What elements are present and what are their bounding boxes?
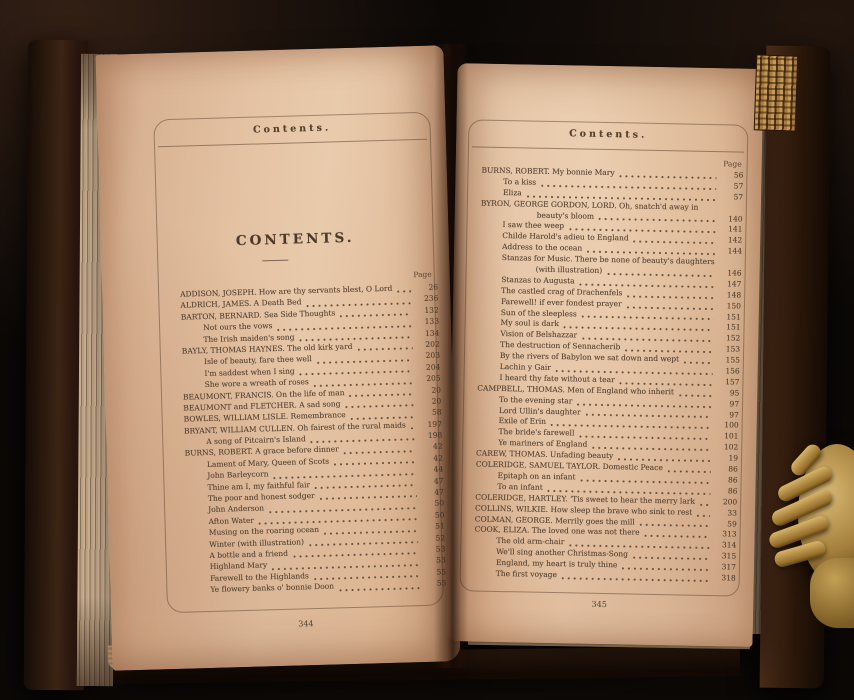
toc-entry-page-number: 19 [714,453,738,462]
dot-leader [697,514,710,516]
toc-entry-page-number: 144 [718,246,742,255]
toc-entry-title: Musing on the roaring ocean [209,525,319,537]
toc-entry-title: I'm saddest when I sing [204,366,294,378]
toc-entry-page-number: 156 [716,366,740,375]
toc-entry-title: (with illustration) [536,265,603,275]
left-folio: 344 [167,615,444,632]
gilt-pattern-board-edge [754,54,799,131]
toc-entry-title: Winter (with illustration) [209,537,304,549]
toc-entry-title: To a kiss [503,177,536,187]
toc-entry-title: The bride's farewell [498,427,574,437]
toc-entry-title: Childe Harold's adieu to England [502,231,629,242]
toc-entry-title: Lachin y Gair [500,362,551,372]
toc-entry-title: beauty's bloom [537,210,595,220]
dot-leader [668,470,711,473]
toc-entry-title: The Irish maiden's song [203,332,294,344]
toc-entry-title: Sun of the sleepless [501,308,577,318]
toc-entry-title: Exile of Erin [499,416,546,426]
toc-entry-title: The destruction of Sennacherib [500,340,620,351]
toc-entry-page-number: 86 [713,486,737,495]
toc-entry-page-number: 153 [716,344,740,353]
toc-entry-title: Highland Mary [210,561,268,572]
toc-entry-title: Lord Ullin's daughter [499,406,581,417]
toc-entry-page-number: 140 [719,214,743,223]
right-folio: 345 [459,597,739,611]
right-page: Contents. Page BURNS, ROBERT. My bonnie … [446,63,763,647]
dot-leader [620,382,713,386]
toc-entry-title: I heard thy fate without a tear [499,373,614,384]
dot-leader [625,350,713,354]
dot-leader [684,362,713,365]
dot-leader [350,393,415,397]
toc-entry-page-number: 150 [717,301,741,310]
toc-entry-title: CAREW, THOMAS. Unfading beauty [476,449,613,461]
toc-entry-page-number: 146 [718,268,742,277]
toc-entry-page-number: 57 [719,192,743,201]
toc-entry-page-number: 151 [716,323,740,332]
toc-entry-page-number: 157 [715,377,739,386]
toc-entry-title: Stanzas to Augusta [501,275,574,285]
dot-leader [411,427,415,429]
toc-entry-page-number: 152 [716,333,740,342]
toc-entry-page-number: 59 [713,519,737,528]
left-page: Contents. CONTENTS. Page ADDISON, JOSEPH… [95,45,460,670]
toc-entry-page-number: 142 [718,235,742,244]
toc-entry-page-number: 33 [713,508,737,517]
toc-entry-title: My soul is dark [501,318,559,328]
toc-entry-page-number: 86 [714,475,738,484]
toc-entry-page-number: 148 [717,290,741,299]
book-gutter-shadow [434,44,468,668]
toc-entry-page-number: 100 [715,421,739,430]
dot-leader [700,503,710,505]
toc-entry-page-number: 141 [718,225,742,234]
dot-leader [618,458,711,462]
brass-hand-sculpture [780,418,854,618]
toc-entry-title: A bottle and a friend [209,549,288,560]
toc-entry-title: John Anderson [208,504,264,515]
toc-entry-title: The castled crag of Drachenfels [501,286,622,297]
dot-leader [627,306,714,310]
dot-leader [562,577,709,582]
toc-entry-title: Eliza [503,188,522,197]
toc-entry-page-number: 317 [712,562,736,571]
toc-entry-title: A song of Pitcairn's Island [206,434,306,446]
toc-entry-title: Not ours the vows [203,321,273,332]
dot-leader [627,295,714,299]
toc-entry-title: The old arm-chair [496,536,564,546]
toc-entry-page-number: 318 [712,573,736,582]
dot-leader [634,241,716,245]
toc-entry-title: ALDRICH, JAMES. A Death Bed [180,298,301,310]
toc-entry-title: Farewell to the Highlands [210,571,309,583]
toc-entry-page-number: 313 [712,529,736,538]
toc-entry-page-number: 314 [712,540,736,549]
toc-entry-title: John Barleycorn [207,470,269,481]
dot-leader [679,394,712,397]
toc-entry-title: She wore a wreath of roses [205,377,309,389]
toc-entry-page-number: 147 [717,279,741,288]
toc-entry-page-number: 97 [715,410,739,419]
toc-entry-page-number: 200 [713,497,737,506]
dot-leader [358,348,413,352]
toc-entry-page-number: 95 [715,388,739,397]
dot-leader [622,567,709,571]
toc-entry-title: COLMAN, GEORGE. Merrily goes the mill [475,514,635,526]
toc-entry-title: I saw thee weep [502,220,564,230]
dot-leader [351,416,415,420]
dot-leader [640,524,710,527]
toc-entry-title: The poor and honest sodger [208,491,315,503]
toc-entry-title: Afton Water [208,516,254,526]
left-toc-entries: ADDISON, JOSEPH. How are thy servants bl… [180,283,446,598]
toc-entry-title: Thine am I, my faithful fair [207,480,310,492]
toc-entry-page-number: 101 [714,431,738,440]
toc-entry-page-number: 102 [714,442,738,451]
toc-entry-title: England, my heart is truly thine [496,558,618,569]
toc-entry-page-number: 155 [716,355,740,364]
dot-leader [339,587,419,591]
brass-hand-wrist [810,558,854,628]
toc-entry-page-number: 86 [714,464,738,473]
dot-leader [620,175,717,179]
toc-entry-title: We'll sing another Christmas-Song [496,547,628,559]
toc-entry-title: Isle of beauty, fare thee well [204,354,312,366]
toc-entry-page-number: 151 [717,312,741,321]
toc-entry-title: The first voyage [496,569,557,579]
toc-entry-page-number: 56 [719,170,743,179]
toc-entry-title: COOK, ELIZA. The loved one was not there [475,525,640,537]
toc-entry-title: To an infant [497,482,542,492]
toc-entry-title: BURNS, ROBERT. My bonnie Mary [481,166,614,178]
toc-entry-title: Epitaph on an infant [498,471,576,481]
toc-entry-page-number: 97 [715,399,739,408]
right-page-column-label: Page [723,159,742,168]
toc-entry-page-number: 57 [719,181,743,190]
toc-entry-title: To the evening star [499,395,572,405]
dot-leader [645,535,710,538]
dot-leader [633,557,709,560]
toc-entry-title: Ye mariners of England [498,438,587,449]
right-toc-entries: BURNS, ROBERT. My bonnie Mary56To a kiss… [474,166,744,585]
toc-entry-page-number: 315 [712,551,736,560]
toc-entry-title: Address to the ocean [502,242,582,253]
toc-entry-title: Farewell! if ever fondest prayer [501,297,622,308]
left-page-column-label: Page [413,270,432,280]
dot-leader [397,291,411,293]
toc-entry-title: Vision of Belshazzar [500,329,577,339]
